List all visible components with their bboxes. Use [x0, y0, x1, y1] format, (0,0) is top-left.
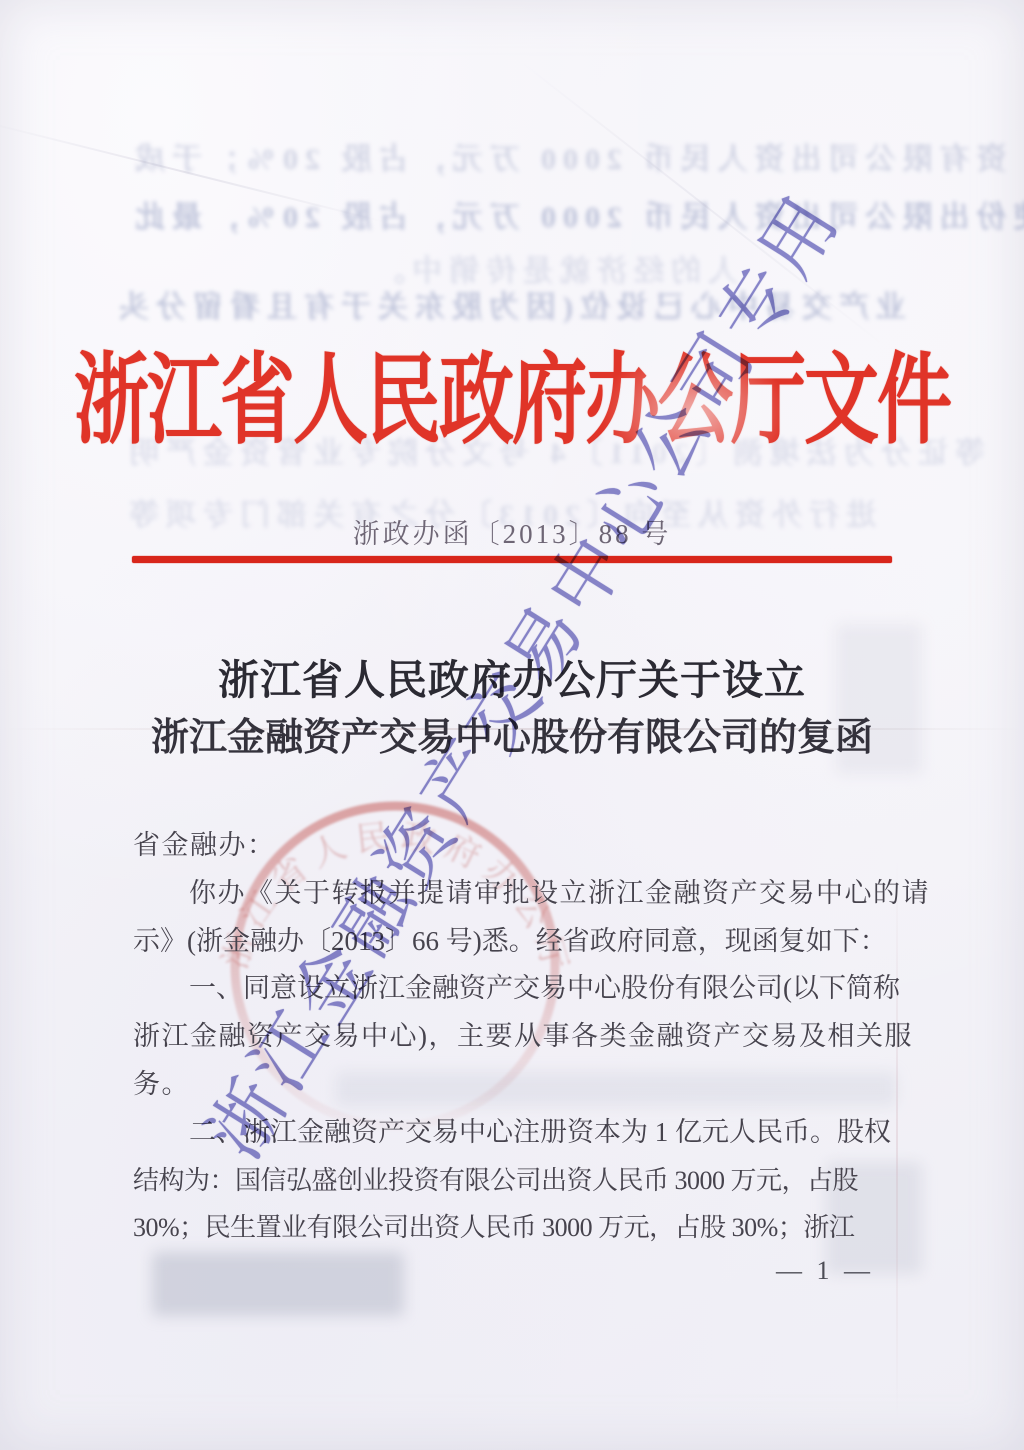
body-line: 你办《关于转报并提请审批设立浙江金融资产交易中心的请 — [133, 870, 913, 918]
red-separator-rule — [132, 556, 892, 563]
bleedthrough-line: 成使份出限公司出资人民币 2000 万元，占股 20%，最此 — [128, 192, 1024, 236]
body-line: 一、同意设立浙江金融资产交易中心股份有限公司(以下简称 — [133, 965, 913, 1013]
scanned-document-page: 资有限公司出资人民币 2000 万元，占股 20%；于成 成使份出限公司出资人民… — [0, 0, 1024, 1450]
document-number: 浙政办函〔2013〕88 号 — [0, 512, 1024, 551]
bleedthrough-block — [152, 1252, 404, 1316]
bleedthrough-line: 资有限公司出资人民币 2000 万元，占股 20%；于成 — [128, 134, 1007, 178]
page-number: — 1 — — [720, 1256, 930, 1286]
salutation: 省金融办： — [133, 822, 913, 870]
letterhead-title: 浙江省人民政府办公厅文件 — [0, 352, 1024, 451]
body-line: 30%；民生置业有限公司出资人民币 3000 万元，占股 30%；浙江 — [133, 1204, 913, 1252]
letter-body: 省金融办： 你办《关于转报并提请审批设立浙江金融资产交易中心的请 示》(浙金融办… — [133, 822, 913, 1252]
body-line: 示》(浙金融办〔2013〕66 号)悉。经省政府同意，现函复如下： — [133, 918, 913, 966]
